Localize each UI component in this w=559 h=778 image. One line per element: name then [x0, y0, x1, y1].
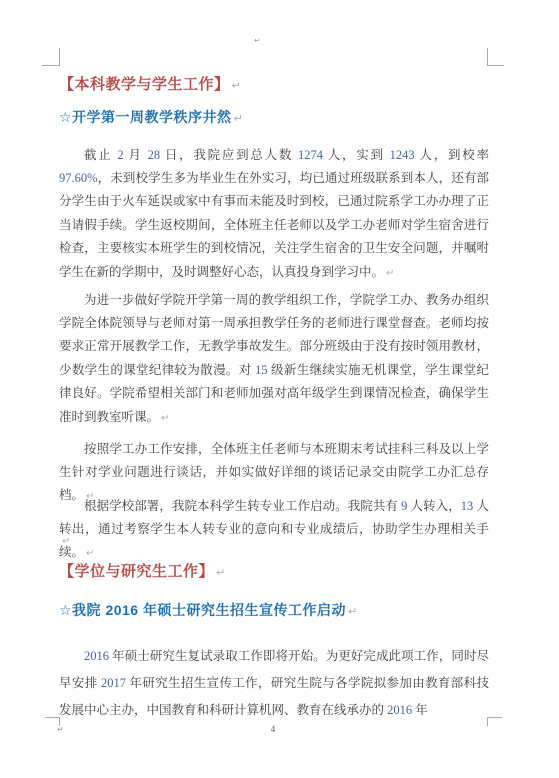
paragraph-admissions-start: 2016 年硕士研究生复试录取工作即将开始。为更好完成此项工作，同时尽早安排 2… — [59, 643, 489, 724]
paragraph-text: 2016 年硕士研究生复试录取工作即将开始。为更好完成此项工作，同时尽早安排 2… — [59, 649, 489, 717]
empty-paragraph-mark: ↵ — [60, 536, 70, 547]
section-heading-text: 【本科教学与学生工作】 — [59, 76, 230, 93]
text-boundary-mark-top-left — [42, 48, 60, 66]
paragraph-mark-icon: ↵ — [159, 413, 169, 424]
subheading-admissions-publicity: ☆我院 2016 年硕士研究生招生宣传工作启动↵ — [59, 601, 489, 621]
paragraph-mark-icon: ↵ — [214, 566, 226, 579]
paragraph-text: 为进一步做好学院开学第一周的教学组织工作，学院学工办、教务办组织学院全体院领导与… — [59, 293, 489, 424]
paragraph-major-transfer: 根据学校部署，我院本科学生转专业工作启动。我院共有 9 人转入，13 人转出，通… — [59, 495, 489, 566]
paragraph-mark-icon: ↵ — [346, 605, 358, 618]
paragraph-attendance-report: 截止 2 月 28 日，我院应到总人数 1274 人，实到 1243 人，到校率… — [59, 144, 489, 285]
paragraph-mark-icon: ↵ — [230, 79, 242, 92]
header-paragraph-mark: ↵ — [254, 36, 261, 45]
footer-paragraph-mark: ↵ — [57, 725, 64, 734]
paragraph-text: 根据学校部署，我院本科学生转专业工作启动。我院共有 9 人转入，13 人转出，通… — [59, 499, 489, 560]
section-heading-undergrad-teaching: 【本科教学与学生工作】↵ — [59, 75, 489, 96]
section-heading-graduate-work: 【学位与研究生工作】↵ — [59, 562, 489, 583]
subheading-first-week-order: ☆开学第一周教学秩序井然↵ — [59, 108, 489, 128]
subheading-text: ☆我院 2016 年硕士研究生招生宣传工作启动 — [59, 602, 346, 618]
paragraph-mark-icon: ↵ — [84, 548, 94, 559]
page-number: 4 — [243, 724, 303, 734]
text-boundary-mark-top-right — [487, 48, 504, 66]
text-boundary-mark-bottom-right — [487, 717, 502, 726]
subheading-text: ☆开学第一周教学秩序井然 — [59, 109, 232, 125]
document-page: ↵ 【本科教学与学生工作】↵ ☆开学第一周教学秩序井然↵ 截止 2 月 28 日… — [0, 0, 559, 778]
paragraph-mark-icon: ↵ — [384, 268, 394, 279]
paragraph-text: 按照学工办工作安排，全体班主任老师与本班期末考试挂科三科及以上学生针对学业问题进… — [59, 442, 489, 503]
paragraph-classroom-inspection: 为进一步做好学院开学第一周的教学组织工作，学院学工办、教务办组织学院全体院领导与… — [59, 289, 489, 430]
paragraph-mark-icon: ↵ — [232, 112, 244, 125]
paragraph-text: 截止 2 月 28 日，我院应到总人数 1274 人，实到 1243 人，到校率… — [59, 148, 489, 279]
section-heading-text: 【学位与研究生工作】 — [59, 563, 214, 580]
